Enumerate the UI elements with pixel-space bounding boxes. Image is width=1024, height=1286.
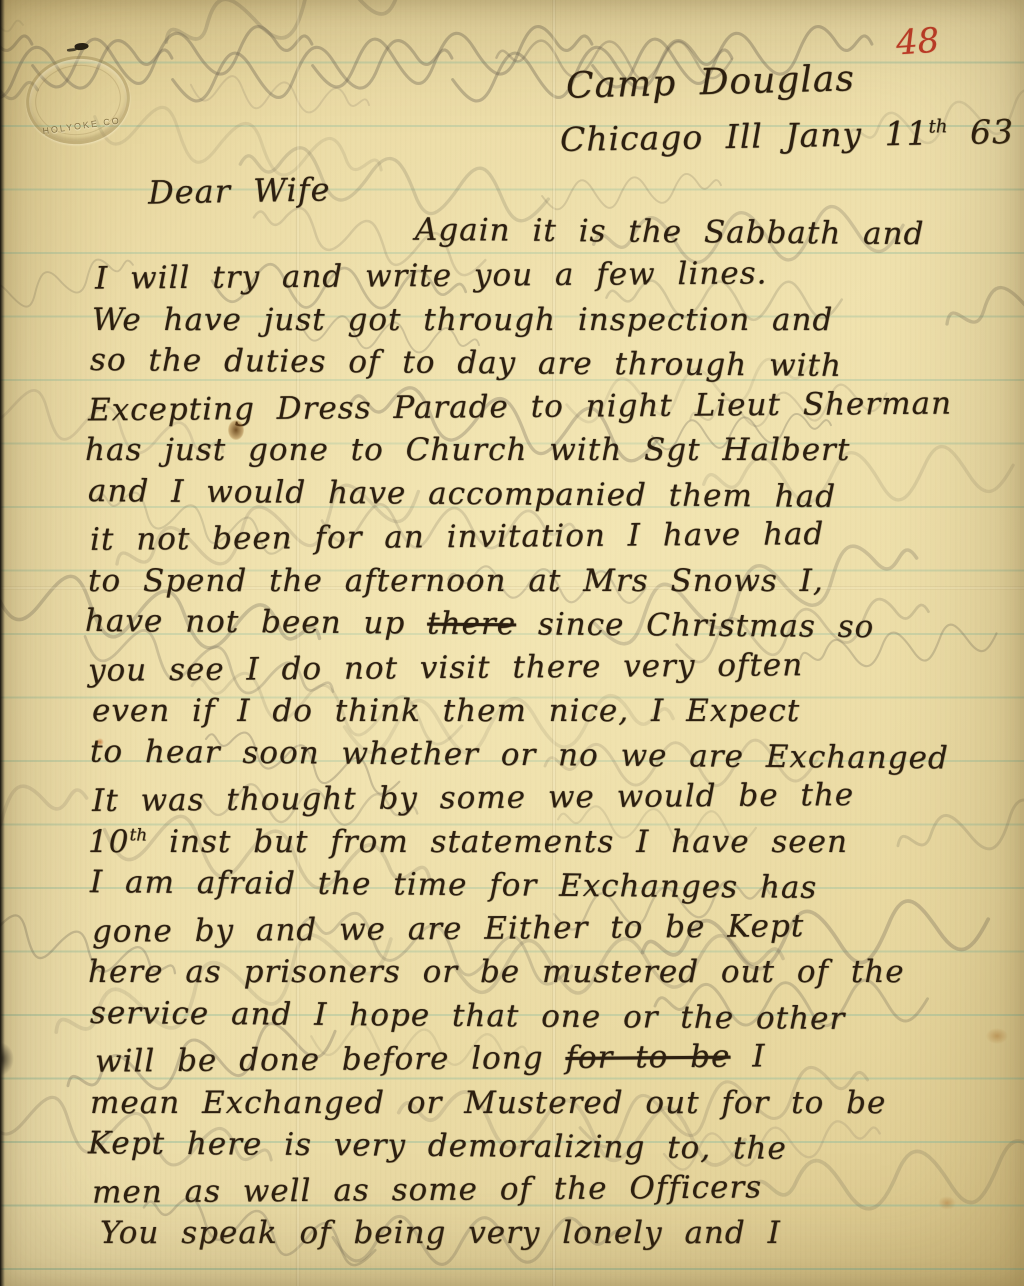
letter-body-line: service and I hope that one or the other	[90, 995, 846, 1037]
letter-body-line: Excepting Dress Parade to night Lieut Sh…	[88, 385, 952, 428]
heading-dateline: Chicago Ill Jany 11th 63	[560, 112, 1015, 159]
letter-body-line: to hear soon whether or no we are Exchan…	[90, 733, 949, 776]
letter-body-line: will be done before long for to be I	[95, 1038, 766, 1079]
letter-body-line: I am afraid the time for Exchanges has	[90, 864, 818, 906]
letter-body-line: It was thought by some we would be the	[92, 777, 854, 819]
letter-text-layer: Camp DouglasChicago Ill Jany 11th 63Dear…	[0, 0, 1024, 1286]
letter-body-line: 10th inst but from statements I have see…	[88, 824, 848, 860]
letter-body-line: has just gone to Church with Sgt Halbert	[85, 432, 850, 468]
scan-edge-shadow	[0, 0, 5, 1286]
letter-body-line: gone by and we are Either to be Kept	[92, 908, 805, 950]
letter-body-line: You speak of being very lonely and I	[100, 1215, 781, 1251]
letter-body-line: so the duties of to day are through with	[90, 342, 842, 384]
opening-line: Again it is the Sabbath and	[415, 212, 925, 252]
letter-body-line: even if I do think them nice, I Expect	[92, 693, 800, 729]
letter-body-line: to Spend the afternoon at Mrs Snows I,	[88, 563, 824, 599]
scanned-letter-page: HOLYOKE CO 48 Camp DouglasChicago Ill Ja…	[0, 0, 1024, 1286]
letter-body-line: and I would have accompanied them had	[88, 473, 836, 515]
letter-body-line: We have just got through inspection and	[92, 302, 833, 338]
scan-edge-mark	[0, 1042, 14, 1076]
salutation: Dear Wife	[148, 170, 331, 211]
letter-body-line: men as well as some of the Officers	[92, 1169, 762, 1210]
letter-body-line: mean Exchanged or Mustered out for to be	[90, 1085, 886, 1121]
letter-body-line: I will try and write you a few lines.	[95, 255, 768, 296]
letter-body-line: it not been for an invitation I have had	[90, 516, 825, 558]
heading-place: Camp Douglas	[566, 58, 856, 107]
letter-body-line: here as prisoners or be mustered out of …	[88, 954, 905, 990]
letter-body-line: have not been up there since Christmas s…	[85, 603, 875, 645]
letter-body-line: you see I do not visit there very often	[88, 647, 803, 689]
letter-body-line: Kept here is very demoralizing to, the	[88, 1125, 787, 1166]
